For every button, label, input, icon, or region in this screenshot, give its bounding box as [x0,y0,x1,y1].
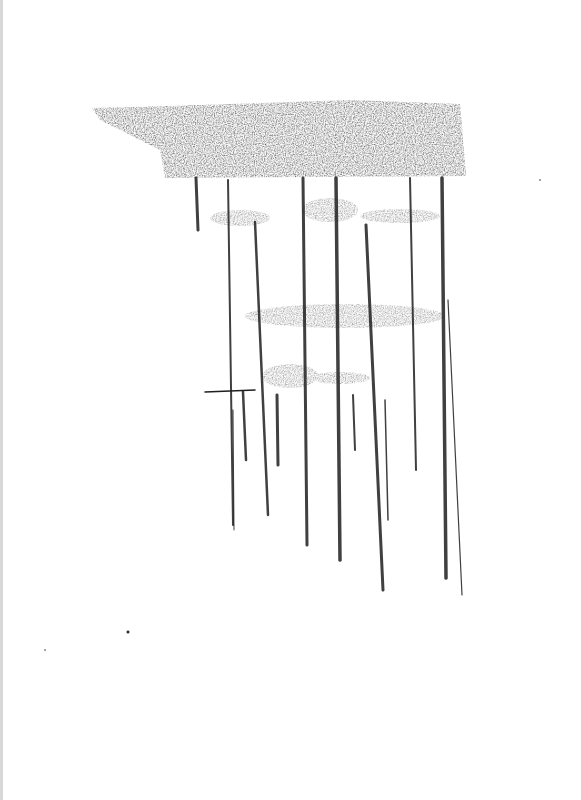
tree-trunks [196,178,462,595]
charcoal-drawing [0,0,581,800]
specks [44,179,541,651]
mid-canopies [210,198,445,388]
top-canopy [92,100,466,178]
